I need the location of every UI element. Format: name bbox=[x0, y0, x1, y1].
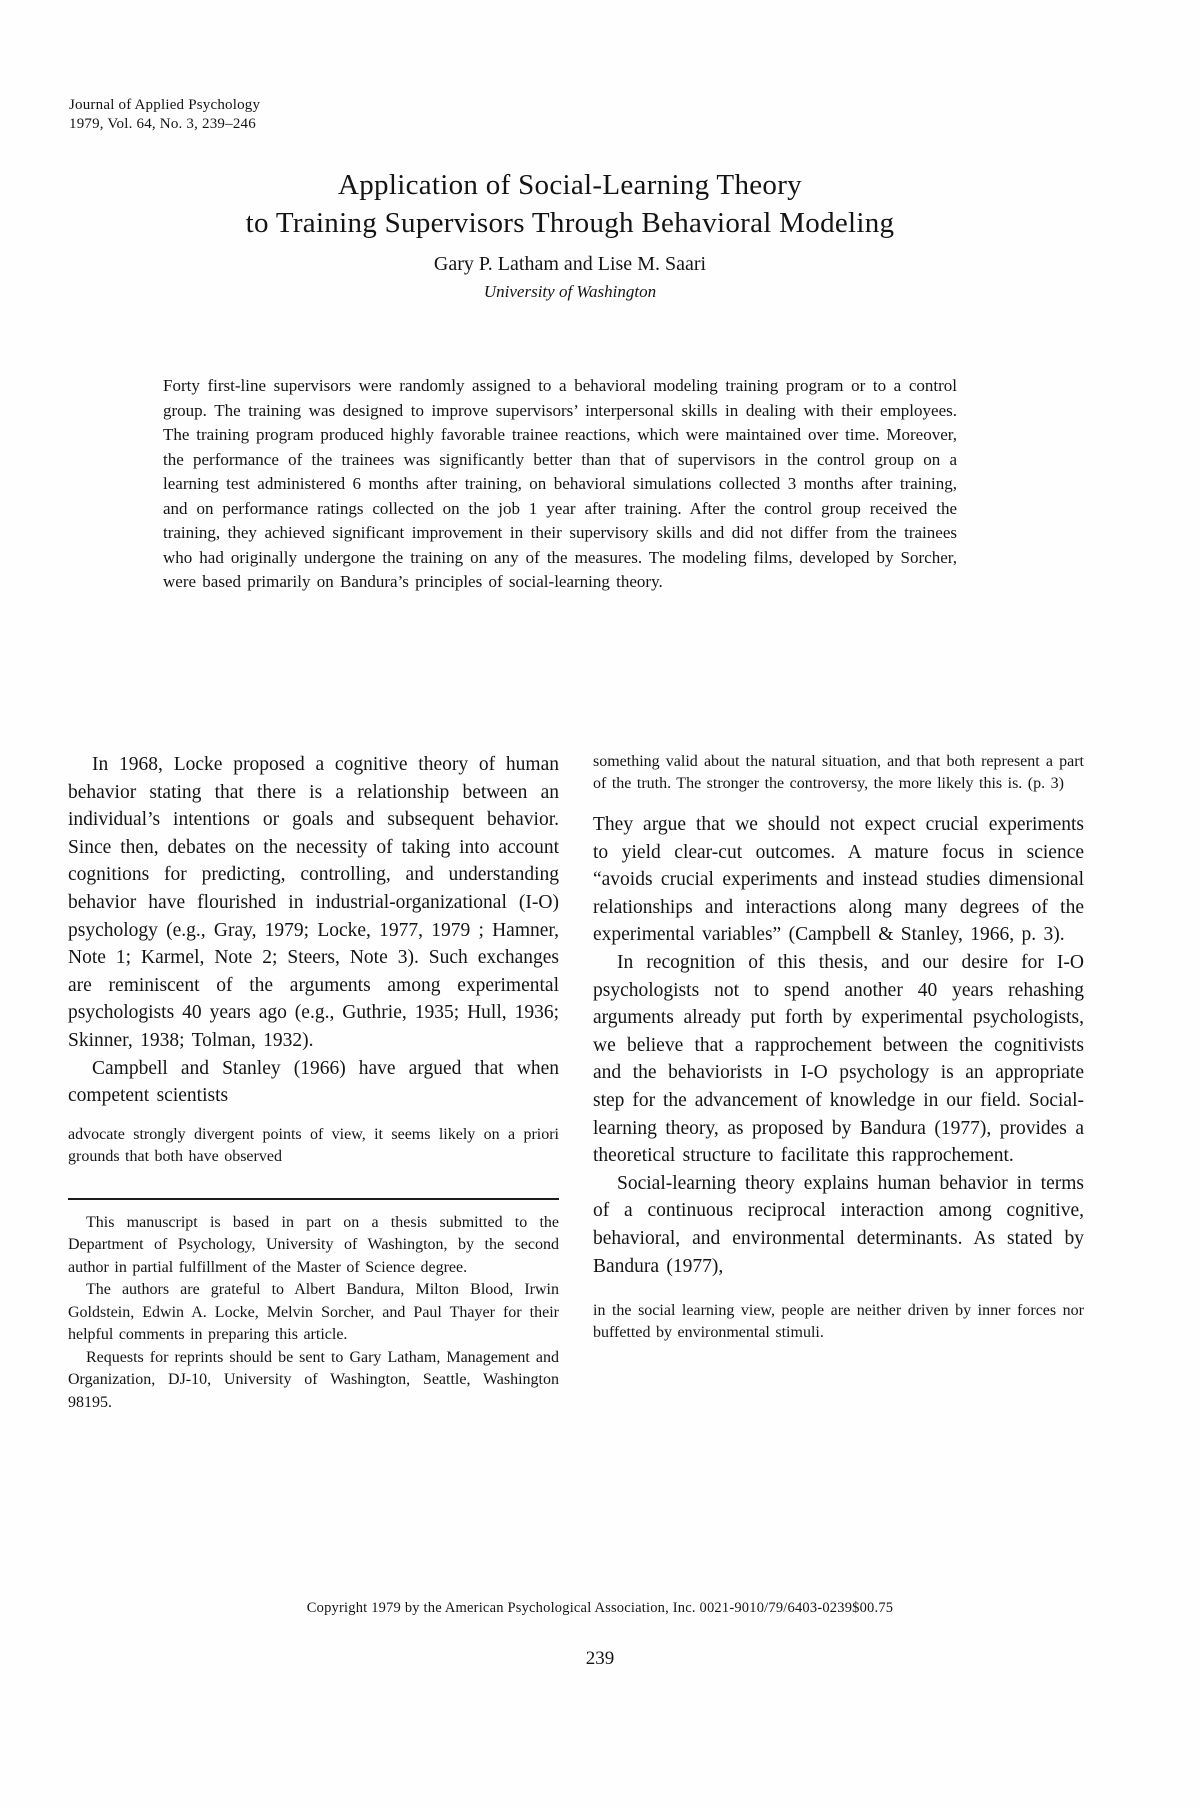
author-affiliation: University of Washington bbox=[0, 281, 1140, 303]
author-names: Gary P. Latham and Lise M. Saari bbox=[0, 252, 1140, 277]
footnote-thesis: This manuscript is based in part on a th… bbox=[68, 1212, 559, 1280]
article-title-line-1: Application of Social-Learning Theory bbox=[0, 166, 1140, 204]
journal-issue-info: 1979, Vol. 64, No. 3, 239–246 bbox=[69, 115, 260, 134]
right-column: something valid about the natural situat… bbox=[593, 751, 1084, 1414]
left-paragraph-2: Campbell and Stanley (1966) have argued … bbox=[68, 1055, 559, 1110]
journal-article-page: Journal of Applied Psychology 1979, Vol.… bbox=[0, 0, 1200, 1807]
journal-name: Journal of Applied Psychology bbox=[69, 96, 260, 115]
article-title-line-2: to Training Supervisors Through Behavior… bbox=[0, 204, 1140, 242]
left-paragraph-1: In 1968, Locke proposed a cognitive theo… bbox=[68, 751, 559, 1055]
page-number: 239 bbox=[0, 1648, 1200, 1670]
article-title: Application of Social-Learning Theory to… bbox=[0, 166, 1140, 242]
footnote-acknowledgments: The authors are grateful to Albert Bandu… bbox=[68, 1279, 559, 1347]
block-quote-bandura: in the social learning view, people are … bbox=[593, 1300, 1084, 1344]
left-column: In 1968, Locke proposed a cognitive theo… bbox=[68, 751, 559, 1414]
block-quote-continuation: something valid about the natural situat… bbox=[593, 751, 1084, 795]
footnote-reprints: Requests for reprints should be sent to … bbox=[68, 1347, 559, 1415]
journal-masthead: Journal of Applied Psychology 1979, Vol.… bbox=[69, 96, 260, 134]
right-paragraph-2: In recognition of this thesis, and our d… bbox=[593, 949, 1084, 1170]
abstract-text: Forty first-line supervisors were random… bbox=[163, 374, 957, 595]
right-paragraph-3: Social-learning theory explains human be… bbox=[593, 1170, 1084, 1280]
copyright-line: Copyright 1979 by the American Psycholog… bbox=[0, 1600, 1200, 1617]
right-paragraph-1: They argue that we should not expect cru… bbox=[593, 811, 1084, 949]
footnote-divider bbox=[68, 1198, 559, 1200]
article-body: In 1968, Locke proposed a cognitive theo… bbox=[68, 751, 1084, 1414]
block-quote-start: advocate strongly divergent points of vi… bbox=[68, 1124, 559, 1168]
